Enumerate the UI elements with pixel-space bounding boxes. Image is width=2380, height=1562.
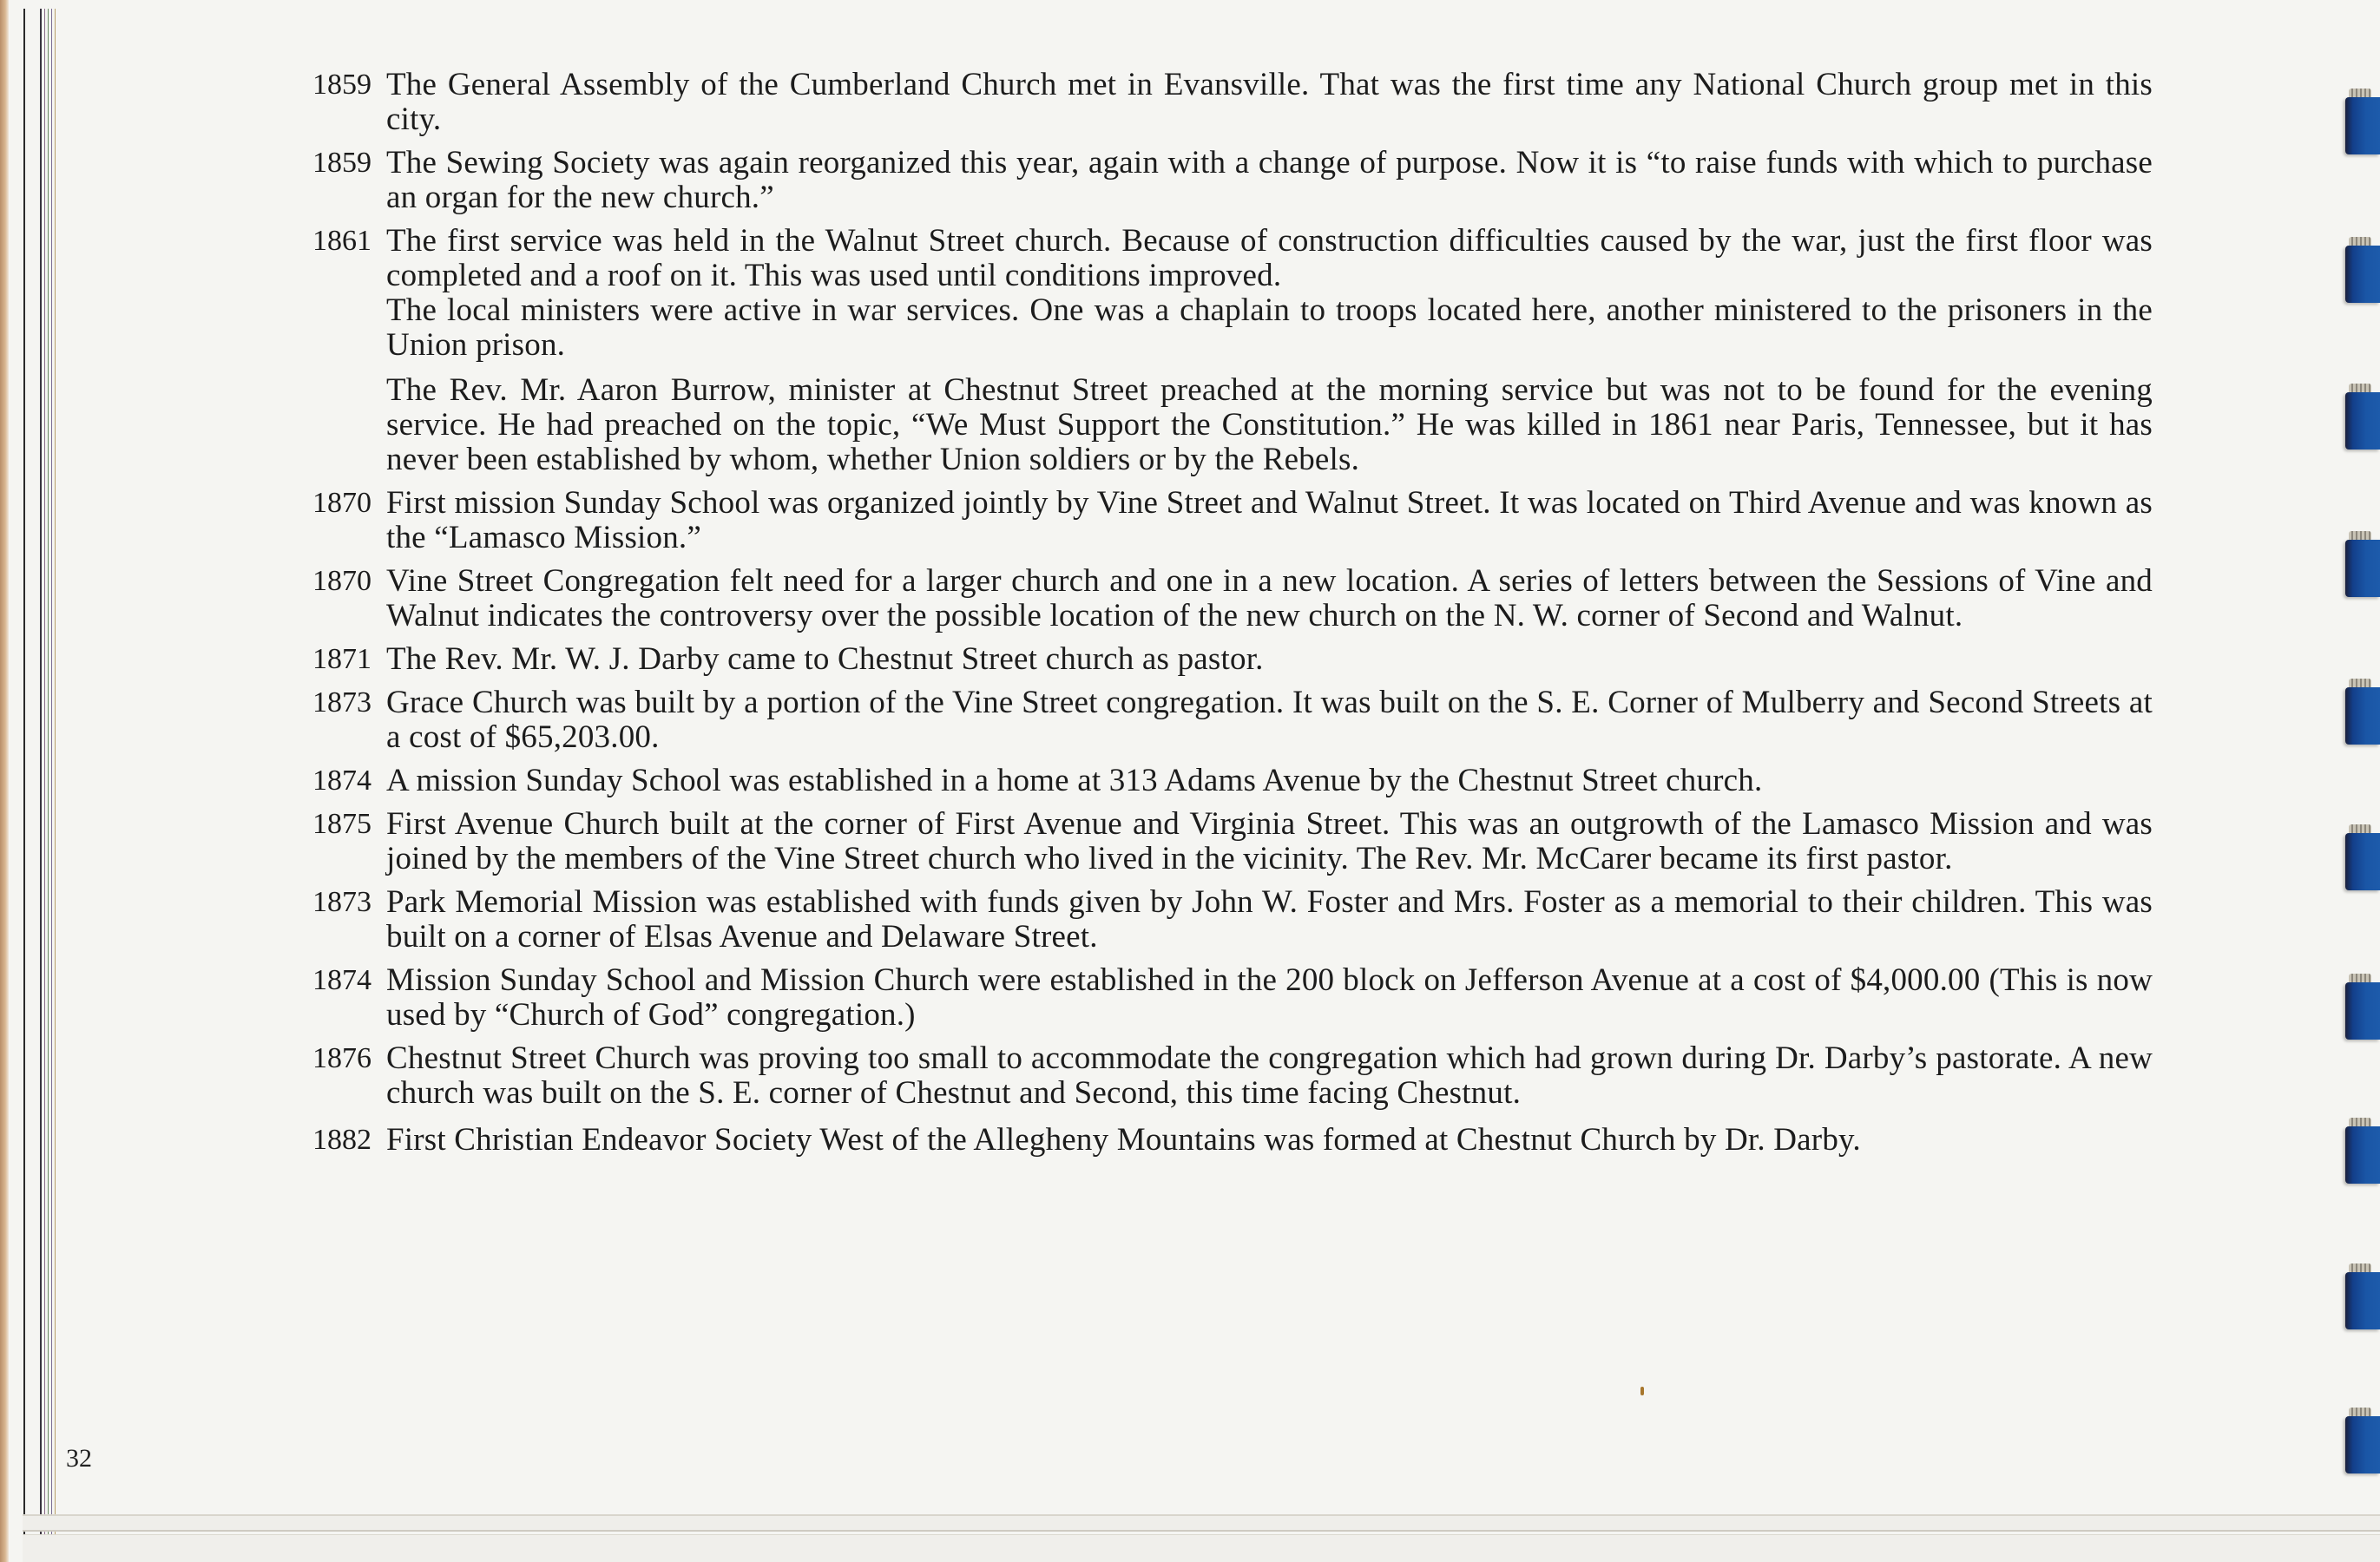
page-edge-line: [55, 9, 56, 1553]
entry-year: 1859: [278, 68, 386, 102]
entry-paragraph: Mission Sunday School and Mission Church…: [386, 963, 2153, 1033]
chronology-entry: 1870 Vine Street Congregation felt need …: [278, 564, 2153, 633]
entry-paragraph: First Christian Endeavor Society West of…: [386, 1123, 2153, 1158]
entry-year: 1875: [278, 807, 386, 842]
entry-body: The General Assembly of the Cumberland C…: [386, 68, 2153, 137]
binding-comb-tab: [2345, 1416, 2380, 1473]
chronology-entry: 1876 Chestnut Street Church was proving …: [278, 1041, 2153, 1111]
chronology-list: 1859 The General Assembly of the Cumberl…: [278, 68, 2153, 1166]
ink-spot: [1640, 1387, 1644, 1395]
chronology-entry: 1859 The Sewing Society was again reorga…: [278, 146, 2153, 215]
chronology-entry: 1873 Grace Church was built by a portion…: [278, 686, 2153, 755]
entry-year: 1874: [278, 963, 386, 998]
entry-year: 1882: [278, 1123, 386, 1158]
chronology-entry: 1882 First Christian Endeavor Society We…: [278, 1123, 2153, 1158]
entry-body: First Avenue Church built at the corner …: [386, 807, 2153, 876]
chronology-entry: 1871 The Rev. Mr. W. J. Darby came to Ch…: [278, 642, 2153, 677]
entry-paragraph: The Rev. Mr. Aaron Burrow, minister at C…: [386, 373, 2153, 477]
entry-body: The Rev. Mr. W. J. Darby came to Chestnu…: [386, 642, 2153, 677]
entry-year: 1870: [278, 486, 386, 521]
entry-body: Park Memorial Mission was established wi…: [386, 885, 2153, 955]
entry-body: First Christian Endeavor Society West of…: [386, 1123, 2153, 1158]
chronology-entry: 1874 Mission Sunday School and Mission C…: [278, 963, 2153, 1033]
page-edge-line: [23, 9, 25, 1553]
entry-year: 1874: [278, 764, 386, 798]
binding-comb-tab: [2345, 982, 2380, 1040]
chronology-entry: 1874 A mission Sunday School was establi…: [278, 764, 2153, 798]
entry-body: Chestnut Street Church was proving too s…: [386, 1041, 2153, 1111]
entry-paragraph: First Avenue Church built at the corner …: [386, 807, 2153, 876]
binding-comb-tab: [2345, 392, 2380, 450]
chronology-entry: 1859 The General Assembly of the Cumberl…: [278, 68, 2153, 137]
entry-year: 1861: [278, 224, 386, 259]
entry-body: A mission Sunday School was established …: [386, 764, 2153, 798]
chronology-entry: 1873 Park Memorial Mission was establish…: [278, 885, 2153, 955]
binding-comb-tab: [2345, 1272, 2380, 1329]
page-edge-line: [44, 9, 45, 1553]
entry-paragraph: The local ministers were active in war s…: [386, 293, 2153, 363]
entry-paragraph: The Sewing Society was again reorganized…: [386, 146, 2153, 215]
entry-year: 1871: [278, 642, 386, 677]
binding-comb-tab: [2345, 833, 2380, 890]
entry-year: 1876: [278, 1041, 386, 1076]
chronology-entry: 1875 First Avenue Church built at the co…: [278, 807, 2153, 876]
binding-comb-tab: [2345, 246, 2380, 303]
scanned-page: 1859 The General Assembly of the Cumberl…: [0, 0, 2380, 1562]
page-edge-line: [40, 9, 42, 1553]
entry-body: The Sewing Society was again reorganized…: [386, 146, 2153, 215]
binding-comb-tab: [2345, 540, 2380, 597]
entry-paragraph: A mission Sunday School was established …: [386, 764, 2153, 798]
entry-paragraph: First mission Sunday School was organize…: [386, 486, 2153, 555]
entry-paragraph: Vine Street Congregation felt need for a…: [386, 564, 2153, 633]
entry-paragraph: Grace Church was built by a portion of t…: [386, 686, 2153, 755]
chronology-entry: 1870 First mission Sunday School was org…: [278, 486, 2153, 555]
entry-paragraph: The Rev. Mr. W. J. Darby came to Chestnu…: [386, 642, 2153, 677]
chronology-entry: 1861 The first service was held in the W…: [278, 224, 2153, 477]
entry-paragraph: Park Memorial Mission was established wi…: [386, 885, 2153, 955]
bottom-page-edge: [23, 1514, 2380, 1532]
binding-comb-tab: [2345, 97, 2380, 154]
binding-comb-tab: [2345, 687, 2380, 745]
entry-body: First mission Sunday School was organize…: [386, 486, 2153, 555]
entry-paragraph: Chestnut Street Church was proving too s…: [386, 1041, 2153, 1111]
binding-comb-tab: [2345, 1126, 2380, 1184]
entry-year: 1859: [278, 146, 386, 180]
cover-edge: [0, 0, 9, 1562]
entry-year: 1870: [278, 564, 386, 599]
page-number: 32: [66, 1444, 92, 1473]
entry-year: 1873: [278, 686, 386, 720]
book-left-edge: [0, 0, 57, 1562]
page-edge-line: [51, 9, 52, 1553]
entry-year: 1873: [278, 885, 386, 920]
page-edge-line: [48, 9, 49, 1553]
entry-paragraph: The first service was held in the Walnut…: [386, 224, 2153, 293]
entry-body: Vine Street Congregation felt need for a…: [386, 564, 2153, 633]
entry-body: Mission Sunday School and Mission Church…: [386, 963, 2153, 1033]
bottom-page-edge-lower: [23, 1534, 2380, 1562]
entry-body: Grace Church was built by a portion of t…: [386, 686, 2153, 755]
entry-paragraph: The General Assembly of the Cumberland C…: [386, 68, 2153, 137]
entry-body: The first service was held in the Walnut…: [386, 224, 2153, 477]
